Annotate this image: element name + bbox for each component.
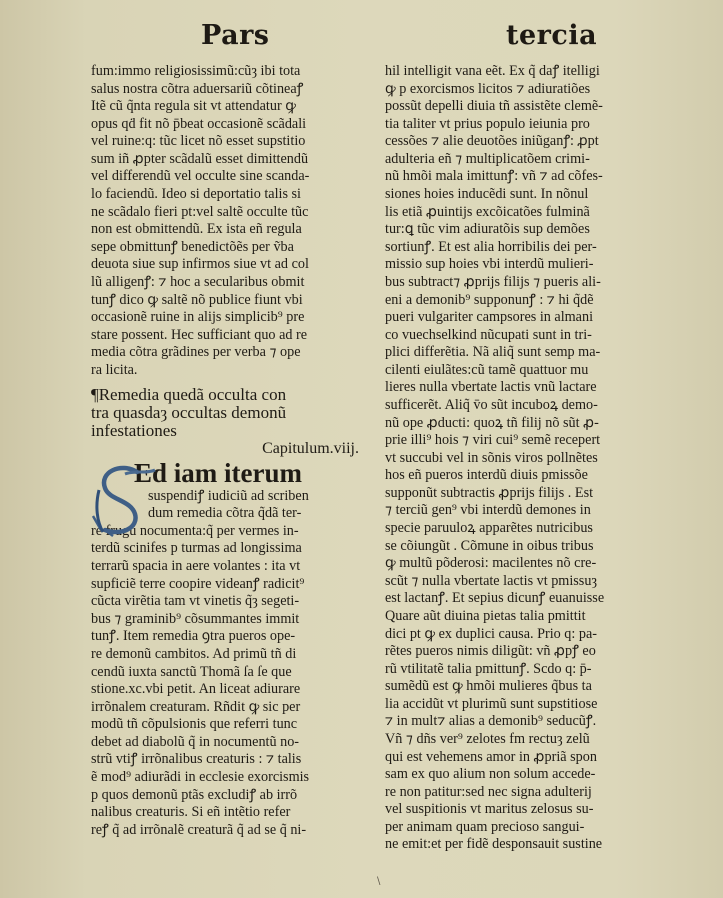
- text-line: sortiunꝭ. Et est alia horribilis dei per…: [385, 239, 670, 257]
- text-line: ẽ mod⁹ adiurãdi in ecclesie exorcismis: [91, 769, 371, 787]
- text-line: Vñ ⁊ dñs ver⁹ zelotes fm rectuȝ zelũ: [385, 731, 670, 749]
- text-line: cũcta virẽtia tam vt vinetis q̃ȝ segeti-: [91, 593, 371, 611]
- text-line: bus subtract⁊ ꝓprijs filijs ⁊ pueris ali…: [385, 274, 670, 292]
- text-line: scũt ⁊ nulla vbertate lactis vt pmissuȝ: [385, 573, 670, 591]
- decorated-initial-s-icon: [91, 460, 161, 538]
- text-line: per animam quam precioso sangui-: [385, 819, 670, 837]
- text-line: irrõnalem creaturam. Rñdit ꝙ sic per: [91, 699, 371, 717]
- text-line: occasionẽ ruine in alijs simplicib⁹ pre: [91, 309, 371, 327]
- text-line: Quare aũt diuina pietas talia pmittit: [385, 608, 670, 626]
- chapter-label: Capitulum.viij.: [91, 440, 371, 458]
- text-line: tunꝭ dico ꝙ saltẽ nõ publice fiunt vbi: [91, 292, 371, 310]
- text-line: stare possent. Hec sufficiant quo ad re: [91, 327, 371, 345]
- text-line: hil intelligit vana eẽt. Ex q̃ daꝭ itell…: [385, 63, 670, 81]
- text-line: siones hoies inducẽdi sunt. In nõnul: [385, 186, 670, 204]
- text-line: vel differendũ vel occulte sine scanda-: [91, 168, 371, 186]
- text-line: strũ vtiꝭ irrõnalibus creaturis : ⁊ tali…: [91, 751, 371, 769]
- text-line: Itẽ cũ q̃nta regula sit vt attendatur ꝙ: [91, 98, 371, 116]
- text-line: lia accidũt vt plurimũ sunt supstitiose: [385, 696, 670, 714]
- text-line: tunꝭ. Item remedia ꝯtra pueros ope-: [91, 628, 371, 646]
- text-line: debet ad diabolũ q̃ in nocumentũ no-: [91, 734, 371, 752]
- text-line: ne emit:et per fidẽ desponsauit sustine: [385, 836, 670, 854]
- left-column-text-before-heading: fum:immo religiosissimũ:cũȝ ibi totasalu…: [91, 63, 371, 379]
- text-line: ⁊ in mult⁊ alias a demonib⁹ seducũꝭ.: [385, 713, 670, 731]
- text-line: vt succubi vel in sõnis viros pollnẽtes: [385, 450, 670, 468]
- text-line: hos eñ pueros interdũ diuis pmissõe: [385, 467, 670, 485]
- text-line: p quos demonũ ptãs excludiꝭ ab irrõ: [91, 787, 371, 805]
- running-head-left: Pars: [201, 20, 270, 51]
- text-line: sum iñ ꝓpter scãdalũ esset dimittendũ: [91, 151, 371, 169]
- section-heading-line: infestationes: [91, 421, 371, 439]
- text-line: nũ hmõi mala imittunꝭ: vñ ⁊ ad cõfes-: [385, 168, 670, 186]
- text-line: sam ex quo alium non solum accede-: [385, 766, 670, 784]
- text-line: media cõtra grãdines per verba ⁊ ope: [91, 344, 371, 362]
- text-line: nũ ope ꝓducti: quoꝝ tñ filij nõ sũt ꝓ-: [385, 415, 670, 433]
- section-heading-line: tra quasdaȝ occultas demonũ: [91, 403, 371, 421]
- text-line: rẽtes pueros nimis diligũt: vñ ꝓpꝭ eo: [385, 643, 670, 661]
- text-line: se cõiungũt . Cõmune in oibus tribus: [385, 538, 670, 556]
- text-line: prie illi⁹ hois ⁊ viri cui⁹ semẽ receper…: [385, 432, 670, 450]
- text-line: specie paruuloꝝ apparẽtes nutricibus: [385, 520, 670, 538]
- text-line: ne scãdalo fieri pt:vel saltẽ occulte tũ…: [91, 204, 371, 222]
- text-line: re non patitur:sed nec signa adulterij: [385, 784, 670, 802]
- text-line: pueri vulgariter campsores in almani: [385, 309, 670, 327]
- left-column: fum:immo religiosissimũ:cũȝ ibi totasalu…: [91, 63, 371, 839]
- running-head-right: tercia: [506, 20, 597, 51]
- text-line: tia taliter vt prius populo ieiunia pro: [385, 116, 670, 134]
- text-line: terdũ scinifes p turmas ad longissima: [91, 540, 371, 558]
- text-line: tur:ꝗ tũc vim adiuratõis sup demões: [385, 221, 670, 239]
- text-line: bus ⁊ graminib⁹ cõsummantes immit: [91, 611, 371, 629]
- text-line: lo faciendũ. Ideo si deportatio talis si: [91, 186, 371, 204]
- stray-mark: \: [377, 876, 380, 887]
- text-line: fum:immo religiosissimũ:cũȝ ibi tota: [91, 63, 371, 81]
- text-line: ꝙ p exorcismos licitos ⁊ adiuratiões: [385, 81, 670, 99]
- text-line: non est obmittendũ. Ex ista eñ regula: [91, 221, 371, 239]
- text-line: adulteria eñ ⁊ multiplicatõem crimi-: [385, 151, 670, 169]
- text-line: stione.xc.vbi petit. An liceat adiurare: [91, 681, 371, 699]
- text-line: cilenti eiulãtes:cũ tamẽ quattuor mu: [385, 362, 670, 380]
- text-line: re demonũ cambitos. Ad primũ tñ di: [91, 646, 371, 664]
- text-line: supficiẽ terre coopire videanꝭ radicit⁹: [91, 576, 371, 594]
- text-line: est lactanꝭ. Et sepius dicunꝭ euanuisse: [385, 590, 670, 608]
- text-line: sumẽdũ est ꝙ hmõi mulieres q̃bus ta: [385, 678, 670, 696]
- text-line: cendũ iuxta sanctũ Thomã ſa ſe que: [91, 664, 371, 682]
- text-line: missio sup hoies vbi interdũ mulieri-: [385, 256, 670, 274]
- text-line: ⁊ terciũ gen⁹ vbi interdũ demones in: [385, 502, 670, 520]
- right-column: hil intelligit vana eẽt. Ex q̃ daꝭ itell…: [385, 63, 670, 854]
- text-line: lũ alligenꝭ: ⁊ hoc a secularibus obmit: [91, 274, 371, 292]
- text-line: possũt depelli diuia tñ assistẽte clemẽ-: [385, 98, 670, 116]
- text-line: vel suspitionis vt maritus zelosus su-: [385, 801, 670, 819]
- text-line: terrarũ spacia in aere volantes : ita vt: [91, 558, 371, 576]
- scanned-page: Pars tercia fum:immo religiosissimũ:cũȝ …: [0, 0, 723, 898]
- text-line: plici differẽtia. Nã aliq̃ sunt semp ma-: [385, 344, 670, 362]
- text-line: salus nostra cõtra aduersariũ cõtineaꝭ: [91, 81, 371, 99]
- text-line: rũ vtilitatẽ talia pmittunꝭ. Scdo q: p̄-: [385, 661, 670, 679]
- text-line: supponũt subtractis ꝓprijs filijs . Est: [385, 485, 670, 503]
- left-column-text-after-initial: re frugũ nocumenta:q̃ per vermes in-terd…: [91, 523, 371, 839]
- text-line: deuota siue sup infirmos siue vt ad col: [91, 256, 371, 274]
- text-line: dici pt ꝙ ex duplici causa. Prio q: pa-: [385, 626, 670, 644]
- text-line: nalibus creaturis. Si eñ intẽtio refer: [91, 804, 371, 822]
- text-line: eni a demonib⁹ supponunꝭ : ⁊ hi q̃dẽ: [385, 292, 670, 310]
- section-heading-line: ¶Remedia quedã occulta con: [91, 385, 371, 403]
- text-line: vel ruine:q: tũc licet nõ esset supstiti…: [91, 133, 371, 151]
- text-line: sufficerẽt. Aliq̃ v̄o sũt incuboꝝ demo-: [385, 397, 670, 415]
- text-line: co vuechselkind nũcupati sunt in tri-: [385, 327, 670, 345]
- section-heading: ¶Remedia quedã occulta con tra quasdaȝ o…: [91, 385, 371, 438]
- incipit-block: Ed iam iterum suspendiꝭ iudiciũ ad scrib…: [91, 460, 371, 523]
- text-line: lis etiã ꝓuintijs excõicatões fulminã: [385, 204, 670, 222]
- text-line: opus qḋ fit nõ p̄beat occasionẽ scãdali: [91, 116, 371, 134]
- text-line: reꝭ q̃ ad irrõnalẽ creaturã q̃ ad se q̃ …: [91, 822, 371, 840]
- text-line: qui est vehemens amor in ꝓpriã spon: [385, 749, 670, 767]
- text-line: sepe obmittunꝭ benedictõẽs per ṽba: [91, 239, 371, 257]
- right-column-text: hil intelligit vana eẽt. Ex q̃ daꝭ itell…: [385, 63, 670, 854]
- text-line: modũ tñ cõpulsionis que referri tunc: [91, 716, 371, 734]
- text-line: ra licita.: [91, 362, 371, 380]
- text-line: cessões ⁊ alie deuotões iniũganꝭ: ꝓpt: [385, 133, 670, 151]
- text-line: ꝙ multũ põderosi: macilentes nõ cre-: [385, 555, 670, 573]
- text-line: lieres nulla vbertate lactis vnũ lactare: [385, 379, 670, 397]
